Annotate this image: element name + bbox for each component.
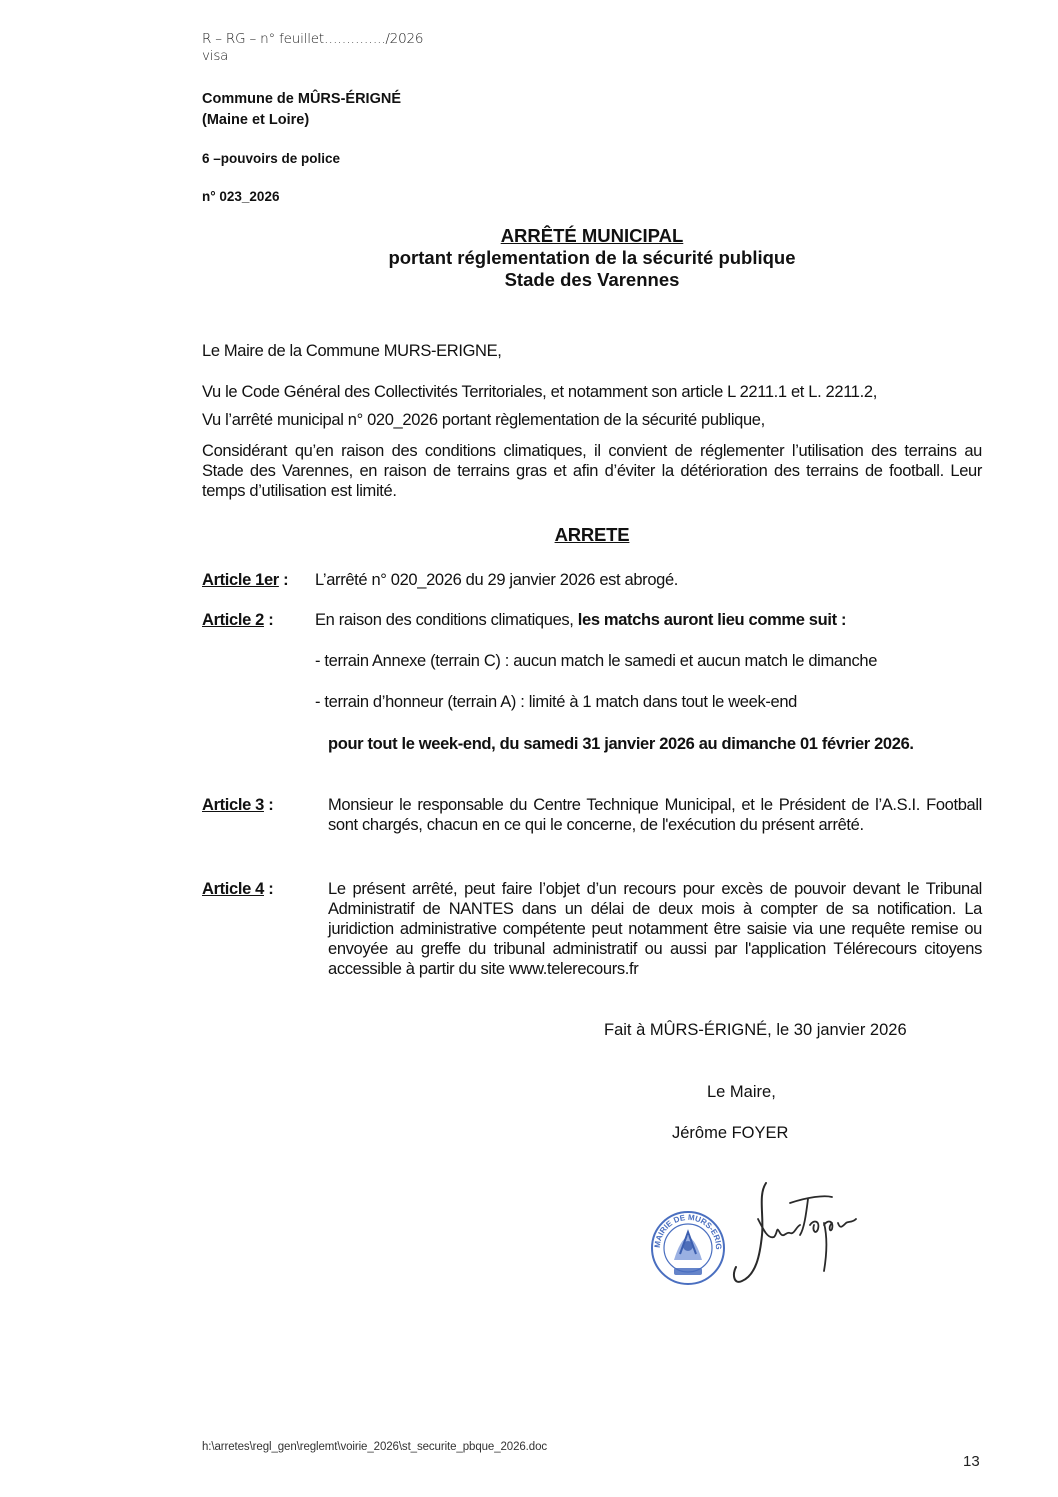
file-path: h:\arretes\regl_gen\reglemt\voirie_2026\… xyxy=(202,1441,547,1453)
article-2-bold-text: les matchs auront lieu comme suit : xyxy=(578,611,846,629)
article-2-period: pour tout le week-end, du samedi 31 janv… xyxy=(328,734,982,754)
title-line-1: ARRÊTÉ MUNICIPAL xyxy=(200,225,984,247)
commune-block: Commune de MÛRS-ÉRIGNÉ (Maine et Loire) xyxy=(202,89,401,131)
page-number: 13 xyxy=(963,1453,980,1470)
arrete-number: n° 023_2026 xyxy=(202,186,279,207)
article-1-title: Article 1er xyxy=(202,571,279,589)
article-2-bullet-terrain-c: - terrain Annexe (terrain C) : aucun mat… xyxy=(315,651,985,671)
commune-name: Commune de MÛRS-ÉRIGNÉ xyxy=(202,89,401,110)
article-2-text: En raison des conditions climatiques, le… xyxy=(315,610,985,630)
arrete-heading: ARRETE xyxy=(200,524,984,546)
article-4-label: Article 4 : xyxy=(202,879,273,899)
section-label: 6 –pouvoirs de police xyxy=(202,148,340,169)
signer-name: Jérôme FOYER xyxy=(672,1124,788,1143)
preamble-vu-cgct: Vu le Code Général des Collectivités Ter… xyxy=(202,382,982,402)
article-1-text: L’arrêté n° 020_2026 du 29 janvier 2026 … xyxy=(315,570,985,590)
article-2-title: Article 2 xyxy=(202,611,264,629)
article-2-bullet-terrain-a: - terrain d’honneur (terrain A) : limité… xyxy=(315,692,985,712)
article-3-text: Monsieur le responsable du Centre Techni… xyxy=(328,795,982,835)
document-title: ARRÊTÉ MUNICIPAL portant réglementation … xyxy=(200,225,984,291)
title-line-2: portant réglementation de la sécurité pu… xyxy=(200,247,984,269)
visa-label: visa xyxy=(202,48,423,65)
reference-block: R – RG – n° feuillet…………../2026 visa xyxy=(202,31,423,65)
article-3-label: Article 3 : xyxy=(202,795,273,815)
preamble-considerant: Considérant qu’en raison des conditions … xyxy=(202,441,982,501)
title-line-3: Stade des Varennes xyxy=(200,269,984,291)
place-and-date: Fait à MÛRS-ÉRIGNÉ, le 30 janvier 2026 xyxy=(604,1020,907,1040)
document-page: R – RG – n° feuillet…………../2026 visa Com… xyxy=(0,0,1058,1497)
preamble-vu-arrete: Vu l’arrêté municipal n° 020_2026 portan… xyxy=(202,410,982,430)
preamble-maire: Le Maire de la Commune MURS-ERIGNE, xyxy=(202,341,982,361)
article-3-title: Article 3 xyxy=(202,796,264,814)
department-name: (Maine et Loire) xyxy=(202,110,401,131)
article-1-label: Article 1er : xyxy=(202,570,288,590)
article-4-title: Article 4 xyxy=(202,880,264,898)
article-4-text: Le présent arrêté, peut faire l’objet d’… xyxy=(328,879,982,979)
handwritten-signature-icon xyxy=(728,1175,868,1295)
sheet-reference: R – RG – n° feuillet…………../2026 xyxy=(202,31,423,48)
article-2-label: Article 2 : xyxy=(202,610,273,630)
signer-role: Le Maire, xyxy=(707,1083,776,1102)
mairie-stamp-icon: MAIRIE DE MURS-ERIGNE xyxy=(650,1210,726,1286)
